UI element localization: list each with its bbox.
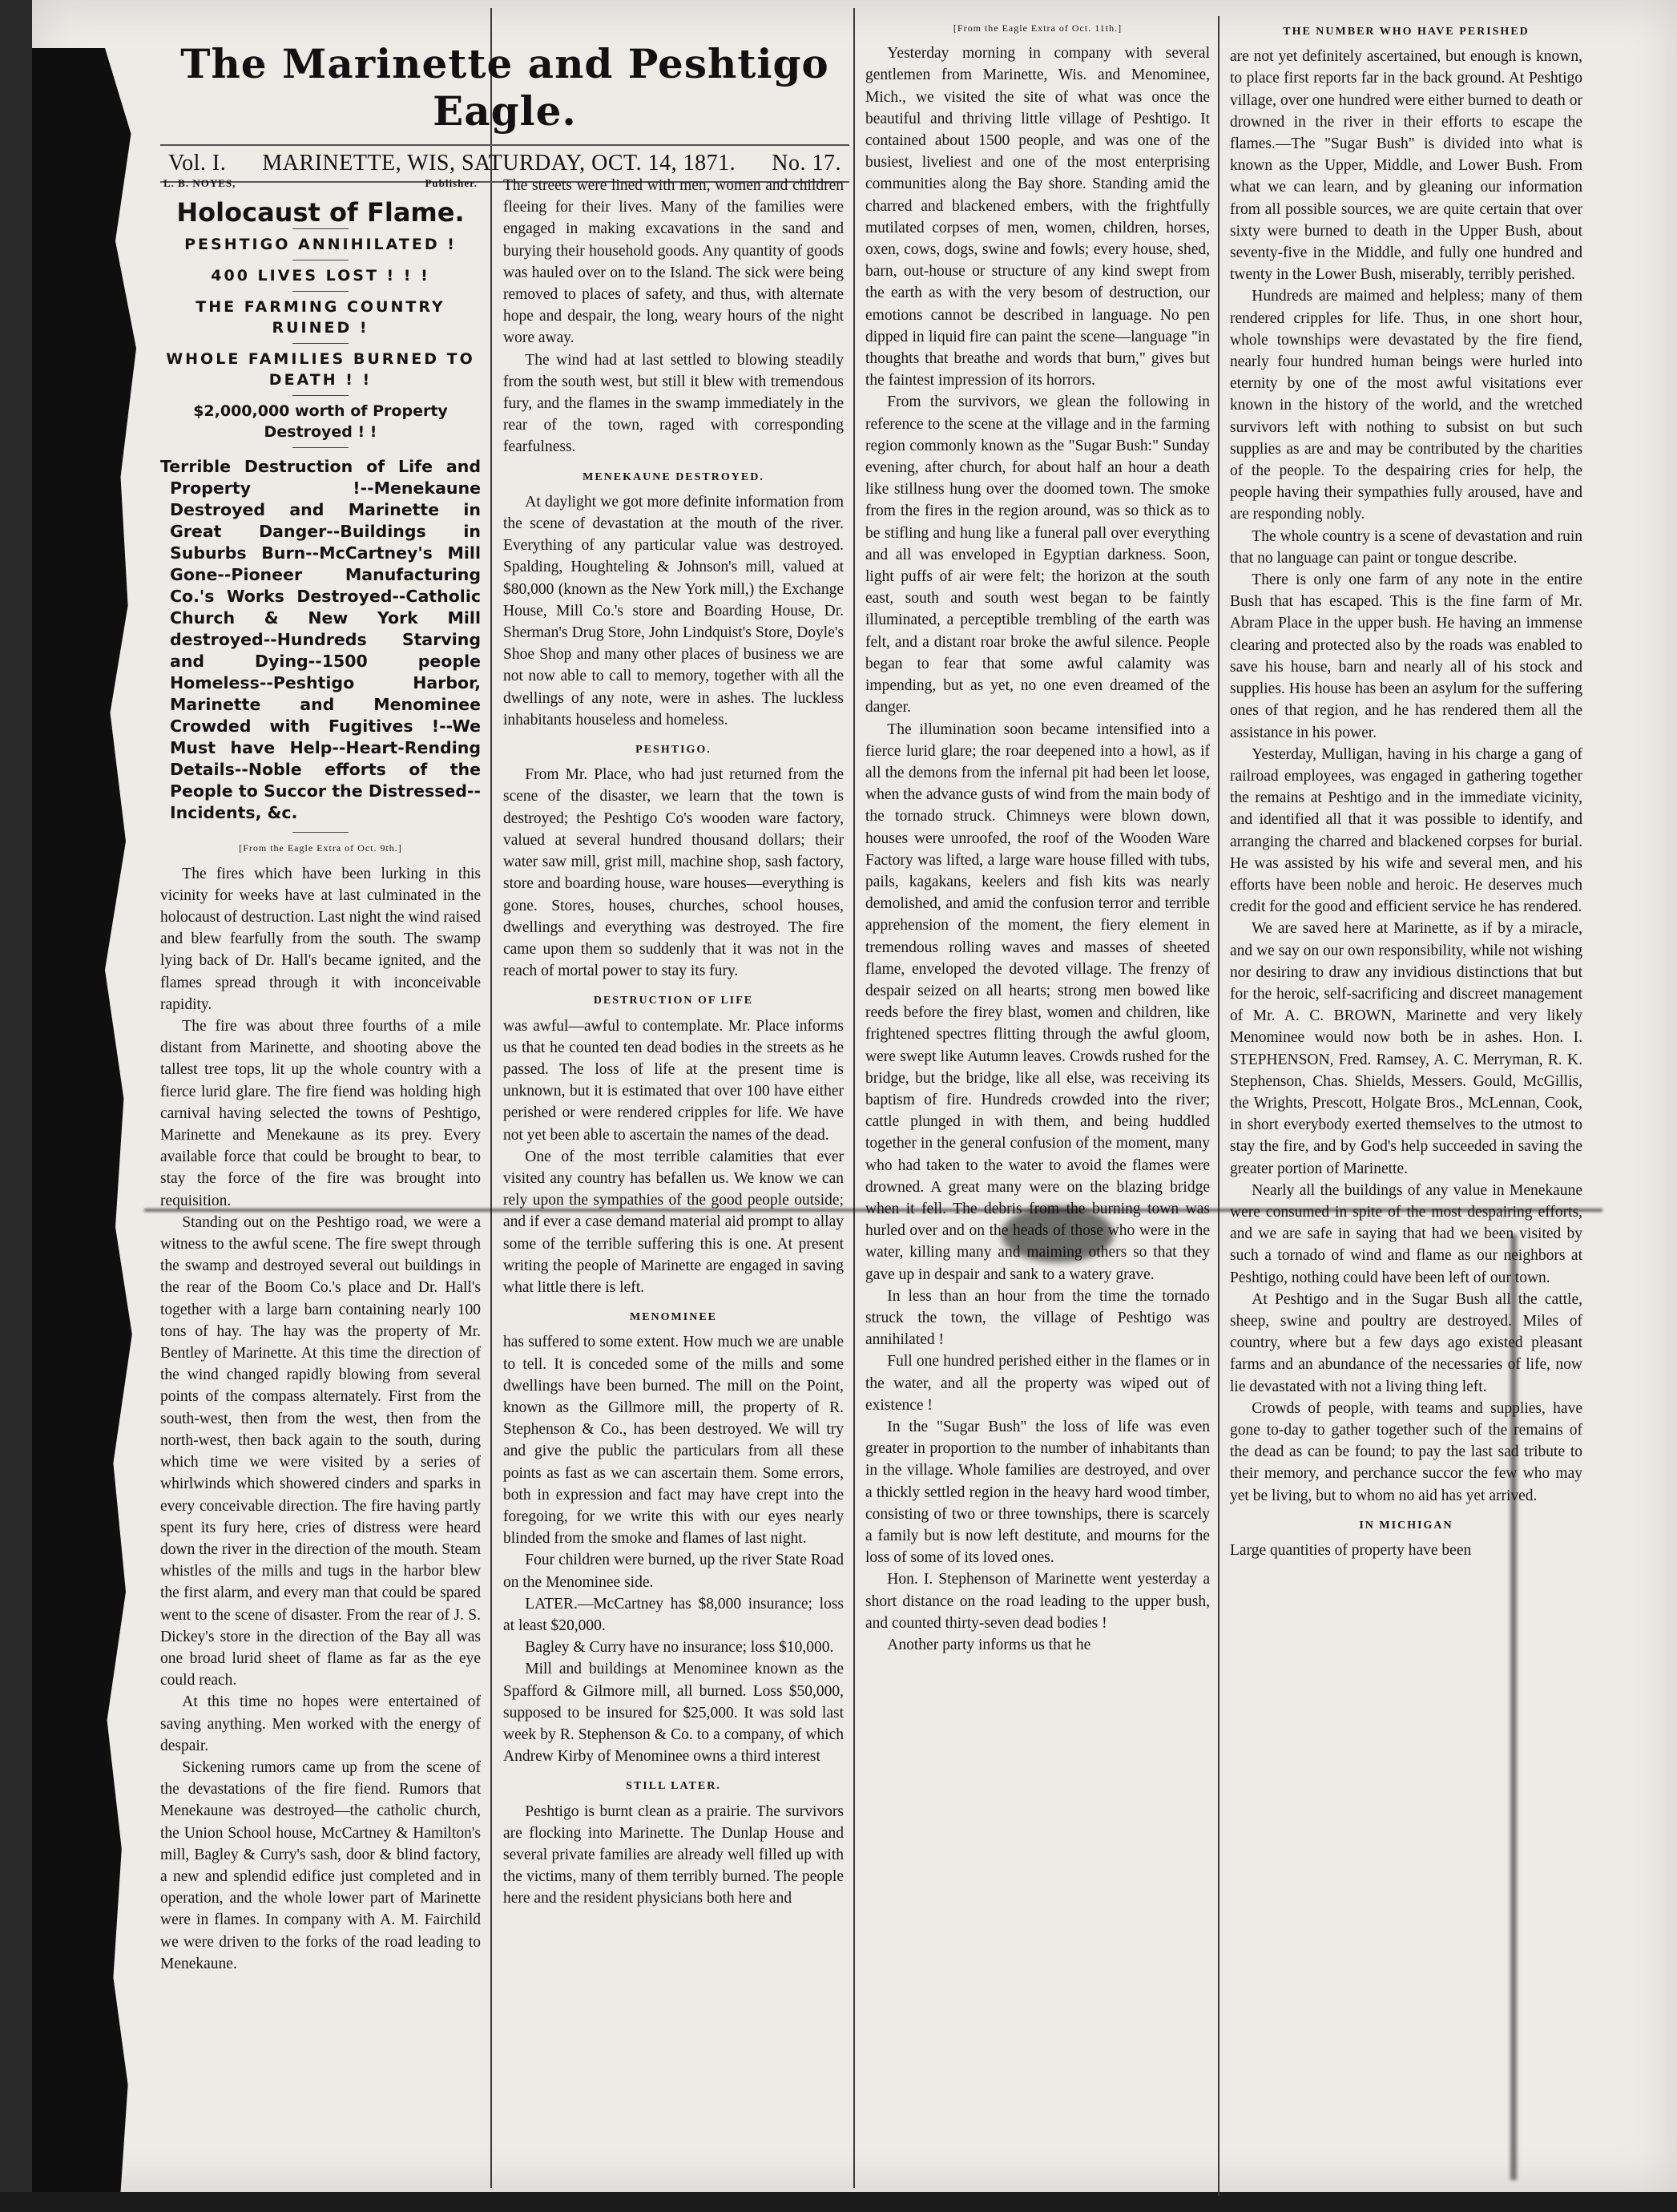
section-heading: THE NUMBER WHO HAVE PERISHED	[1230, 21, 1582, 42]
article-paragraph: At daylight we got more definite informa…	[503, 491, 844, 731]
bottom-edge	[0, 2192, 1677, 2212]
article-paragraph: was awful—awful to contemplate. Mr. Plac…	[503, 1015, 844, 1146]
article-paragraph: Sickening rumors came up from the scene …	[160, 1757, 481, 1975]
article-paragraph: Nearly all the buildings of any value in…	[1230, 1180, 1582, 1289]
article-paragraph: The streets were lined with men, women a…	[503, 175, 844, 349]
article-paragraph: Large quantities of property have been	[1230, 1540, 1582, 1561]
publisher-name: L. B. NOYES,	[163, 172, 236, 194]
source-credit: [From the Eagle Extra of Oct. 9th.]	[160, 838, 481, 859]
deck-headline: WHOLE FAMILIES BURNED TO DEATH ! !	[160, 349, 481, 390]
ink-smudge	[1002, 1206, 1114, 1262]
publisher-label: Publisher.	[425, 172, 478, 194]
article-paragraph: One of the most terrible calamities that…	[503, 1146, 844, 1298]
deck-headline: THE FARMING COUNTRY RUINED !	[160, 297, 481, 338]
source-credit: [From the Eagle Extra of Oct. 11th.]	[865, 18, 1210, 39]
deck-headline: $2,000,000 worth of Property Destroyed !…	[160, 401, 481, 442]
newspaper-title: The Marinette and Peshtigo Eagle.	[160, 40, 849, 135]
section-heading: MENOMINEE	[503, 1306, 844, 1328]
divider	[292, 395, 349, 396]
section-heading: STILL LATER.	[503, 1775, 844, 1797]
article-paragraph: Full one hundred perished either in the …	[865, 1350, 1210, 1416]
article-paragraph: LATER.—McCartney has $8,000 insurance; l…	[503, 1593, 844, 1637]
column-4: THE NUMBER WHO HAVE PERISHED are not yet…	[1230, 18, 1582, 1561]
summary-deck: Terrible Destruction of Life and Propert…	[160, 456, 481, 824]
article-paragraph: From Mr. Place, who had just returned fr…	[503, 764, 844, 982]
article-paragraph: Yesterday morning in company with severa…	[865, 42, 1210, 391]
divider	[292, 343, 349, 344]
section-heading: MENEKAUNE DESTROYED.	[503, 466, 844, 488]
article-paragraph: The illumination soon became intensified…	[865, 719, 1210, 1286]
column-3: [From the Eagle Extra of Oct. 11th.] Yes…	[865, 14, 1210, 1656]
section-heading: PESHTIGO.	[503, 739, 844, 761]
article-paragraph: The fires which have been lurking in thi…	[160, 863, 481, 1015]
article-paragraph: We are saved here at Marinette, as if by…	[1230, 918, 1582, 1179]
horizontal-crease	[144, 1209, 1602, 1212]
article-paragraph: The wind had at last settled to blowing …	[503, 349, 844, 458]
deck-headline: PESHTIGO ANNIHILATED !	[160, 234, 481, 255]
main-headline: Holocaust of Flame.	[160, 202, 481, 224]
section-heading: IN MICHIGAN	[1230, 1515, 1582, 1536]
column-1: L. B. NOYES, Publisher. Holocaust of Fla…	[160, 172, 481, 1975]
masthead: The Marinette and Peshtigo Eagle. Vol. I…	[160, 32, 849, 188]
divider	[292, 447, 349, 448]
article-paragraph: In the "Sugar Bush" the loss of life was…	[865, 1416, 1210, 1568]
divider	[292, 832, 349, 833]
article-paragraph: Crowds of people, with teams and supplie…	[1230, 1398, 1582, 1507]
article-paragraph: Another party informs us that he	[865, 1634, 1210, 1656]
article-paragraph: Mill and buildings at Menominee known as…	[503, 1658, 844, 1767]
deck-headline: 400 LIVES LOST ! ! !	[160, 265, 481, 286]
article-paragraph: Hundreds are maimed and helpless; many o…	[1230, 285, 1582, 525]
article-paragraph: Yesterday, Mulligan, having in his charg…	[1230, 744, 1582, 918]
article-paragraph: From the survivors, we glean the followi…	[865, 391, 1210, 718]
divider	[160, 144, 849, 146]
article-paragraph: Hon. I. Stephenson of Marinette went yes…	[865, 1568, 1210, 1634]
article-paragraph: Bagley & Curry have no insurance; loss $…	[503, 1637, 844, 1658]
article-paragraph: Peshtigo is burnt clean as a prairie. Th…	[503, 1801, 844, 1910]
article-paragraph: There is only one farm of any note in th…	[1230, 569, 1582, 744]
column-rule	[1218, 16, 1219, 2196]
article-paragraph: Standing out on the Peshtigo road, we we…	[160, 1212, 481, 1691]
issue-number: No. 17.	[772, 151, 841, 176]
article-paragraph: has suffered to some extent. How much we…	[503, 1331, 844, 1549]
publisher-bar: L. B. NOYES, Publisher.	[160, 172, 481, 194]
divider	[292, 260, 349, 260]
divider	[292, 291, 349, 292]
article-paragraph: are not yet definitely ascertained, but …	[1230, 46, 1582, 285]
divider	[292, 228, 349, 229]
article-paragraph: At this time no hopes were entertained o…	[160, 1691, 481, 1757]
article-paragraph: The whole country is a scene of devastat…	[1230, 526, 1582, 569]
article-paragraph: In less than an hour from the time the t…	[865, 1286, 1210, 1351]
section-heading: DESTRUCTION OF LIFE	[503, 990, 844, 1011]
article-paragraph: The fire was about three fourths of a mi…	[160, 1015, 481, 1212]
column-rule	[853, 8, 855, 2188]
article-paragraph: Four children were burned, up the river …	[503, 1549, 844, 1592]
article-paragraph: At Peshtigo and in the Sugar Bush all th…	[1230, 1289, 1582, 1398]
column-rule	[490, 8, 492, 2188]
column-2: The streets were lined with men, women a…	[503, 175, 844, 1910]
vertical-crease	[1510, 1234, 1517, 2180]
